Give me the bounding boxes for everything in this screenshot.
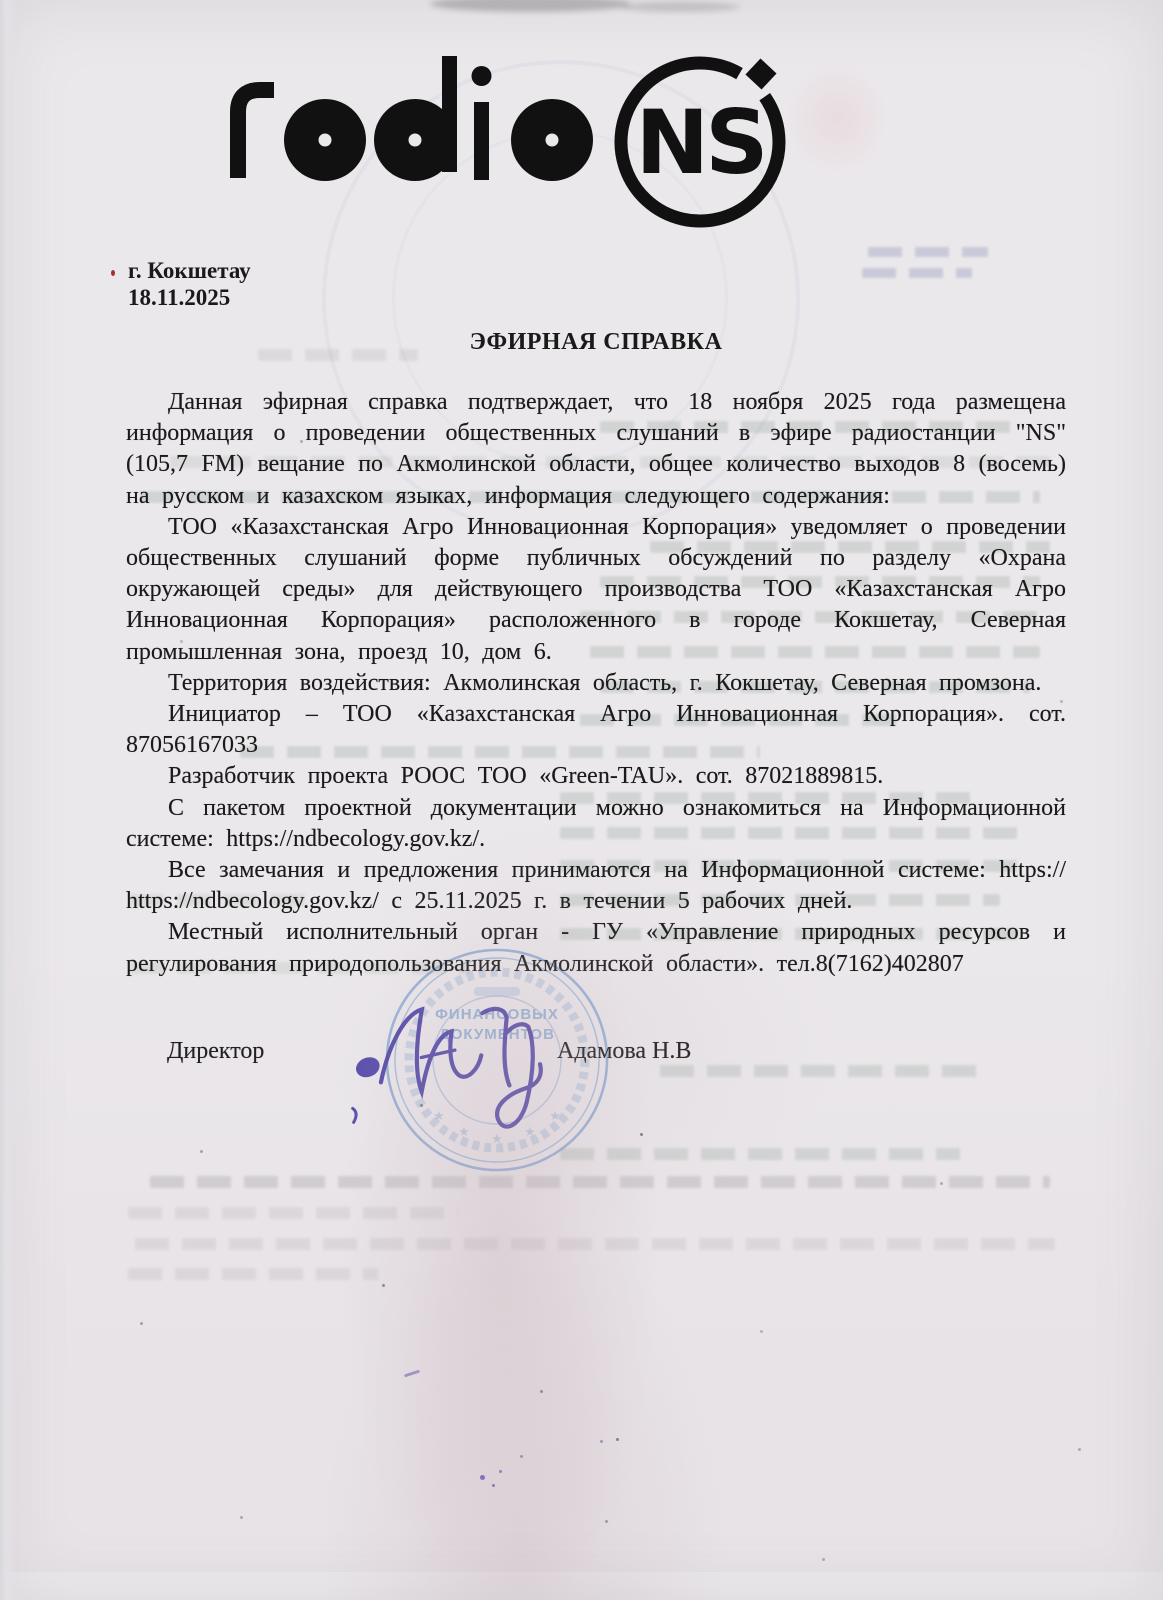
top-smudge — [430, 0, 630, 12]
logo-letter-o-hole — [546, 134, 559, 147]
scan-bottom-edge — [0, 1572, 1163, 1600]
logo-radio-word — [238, 56, 593, 181]
logo-letter-i-dot — [472, 66, 492, 86]
paragraph-territory: Территория воздействия: Акмолинская обла… — [126, 668, 1066, 699]
bleed-through-text — [128, 1207, 458, 1219]
top-smudge — [620, 2, 740, 12]
paragraph-developer: Разработчик проекта РООС ТОО «Green-TAU»… — [126, 761, 1066, 792]
paragraph-broadcast-confirmation: Данная эфирная справка подтверждает, что… — [126, 387, 1066, 512]
handwritten-signature — [336, 980, 551, 1155]
document-title: ЭФИРНАЯ СПРАВКА — [126, 329, 1066, 356]
document-body: Данная эфирная справка подтверждает, что… — [126, 387, 1066, 980]
bleed-through-text — [660, 1065, 980, 1077]
bleed-through-text — [135, 1238, 1055, 1250]
signer-role-label: Директор — [167, 1038, 264, 1065]
paragraph-local-authority: Местный исполнительный орган - ГУ «Управ… — [126, 917, 1066, 979]
paragraph-hearings-notice: ТОО «Казахстанская Агро Инновационная Ко… — [126, 512, 1066, 668]
paragraph-feedback: Все замечания и предложения принимаются … — [126, 855, 1066, 917]
logo-letter-d-hole — [409, 134, 422, 147]
signature-letter-a — [376, 1005, 483, 1094]
bleed-through-text — [128, 1268, 378, 1280]
city-line: г. Кокшетау — [128, 257, 251, 284]
scan-left-edge — [0, 0, 16, 1600]
logo-ring-notch — [745, 58, 776, 89]
signature-comma — [353, 1108, 357, 1122]
red-ink-speck — [111, 270, 115, 276]
signer-name: Адамова Н.В — [557, 1038, 691, 1065]
logo-letter-r — [238, 90, 274, 178]
signature-flourish — [491, 1023, 545, 1127]
logo-letter-a-hole — [319, 134, 332, 147]
logo-letter-d-stem — [442, 56, 457, 172]
logo-ns-text: NS — [635, 91, 764, 194]
radio-ns-logo: NS — [222, 50, 822, 240]
logo-letter-i-stem — [474, 102, 489, 180]
signature-start-blob — [356, 1057, 380, 1078]
paragraph-documentation: С пакетом проектной документации можно о… — [126, 793, 1066, 855]
city-date-block: г. Кокшетау 18.11.2025 — [128, 257, 251, 311]
blue-ink-dash — [404, 1370, 420, 1378]
bleed-through-text — [862, 268, 972, 278]
date-line: 18.11.2025 — [128, 284, 251, 311]
signature-letter-d — [482, 1008, 511, 1087]
bleed-through-text — [868, 247, 988, 257]
scanned-document-page: NS г. Кокшетау 18.11.2025 ЭФИРНАЯ СПРАВК… — [0, 0, 1163, 1600]
paragraph-initiator: Инициатор – ТОО «Казахстанская Агро Инно… — [126, 699, 1066, 761]
